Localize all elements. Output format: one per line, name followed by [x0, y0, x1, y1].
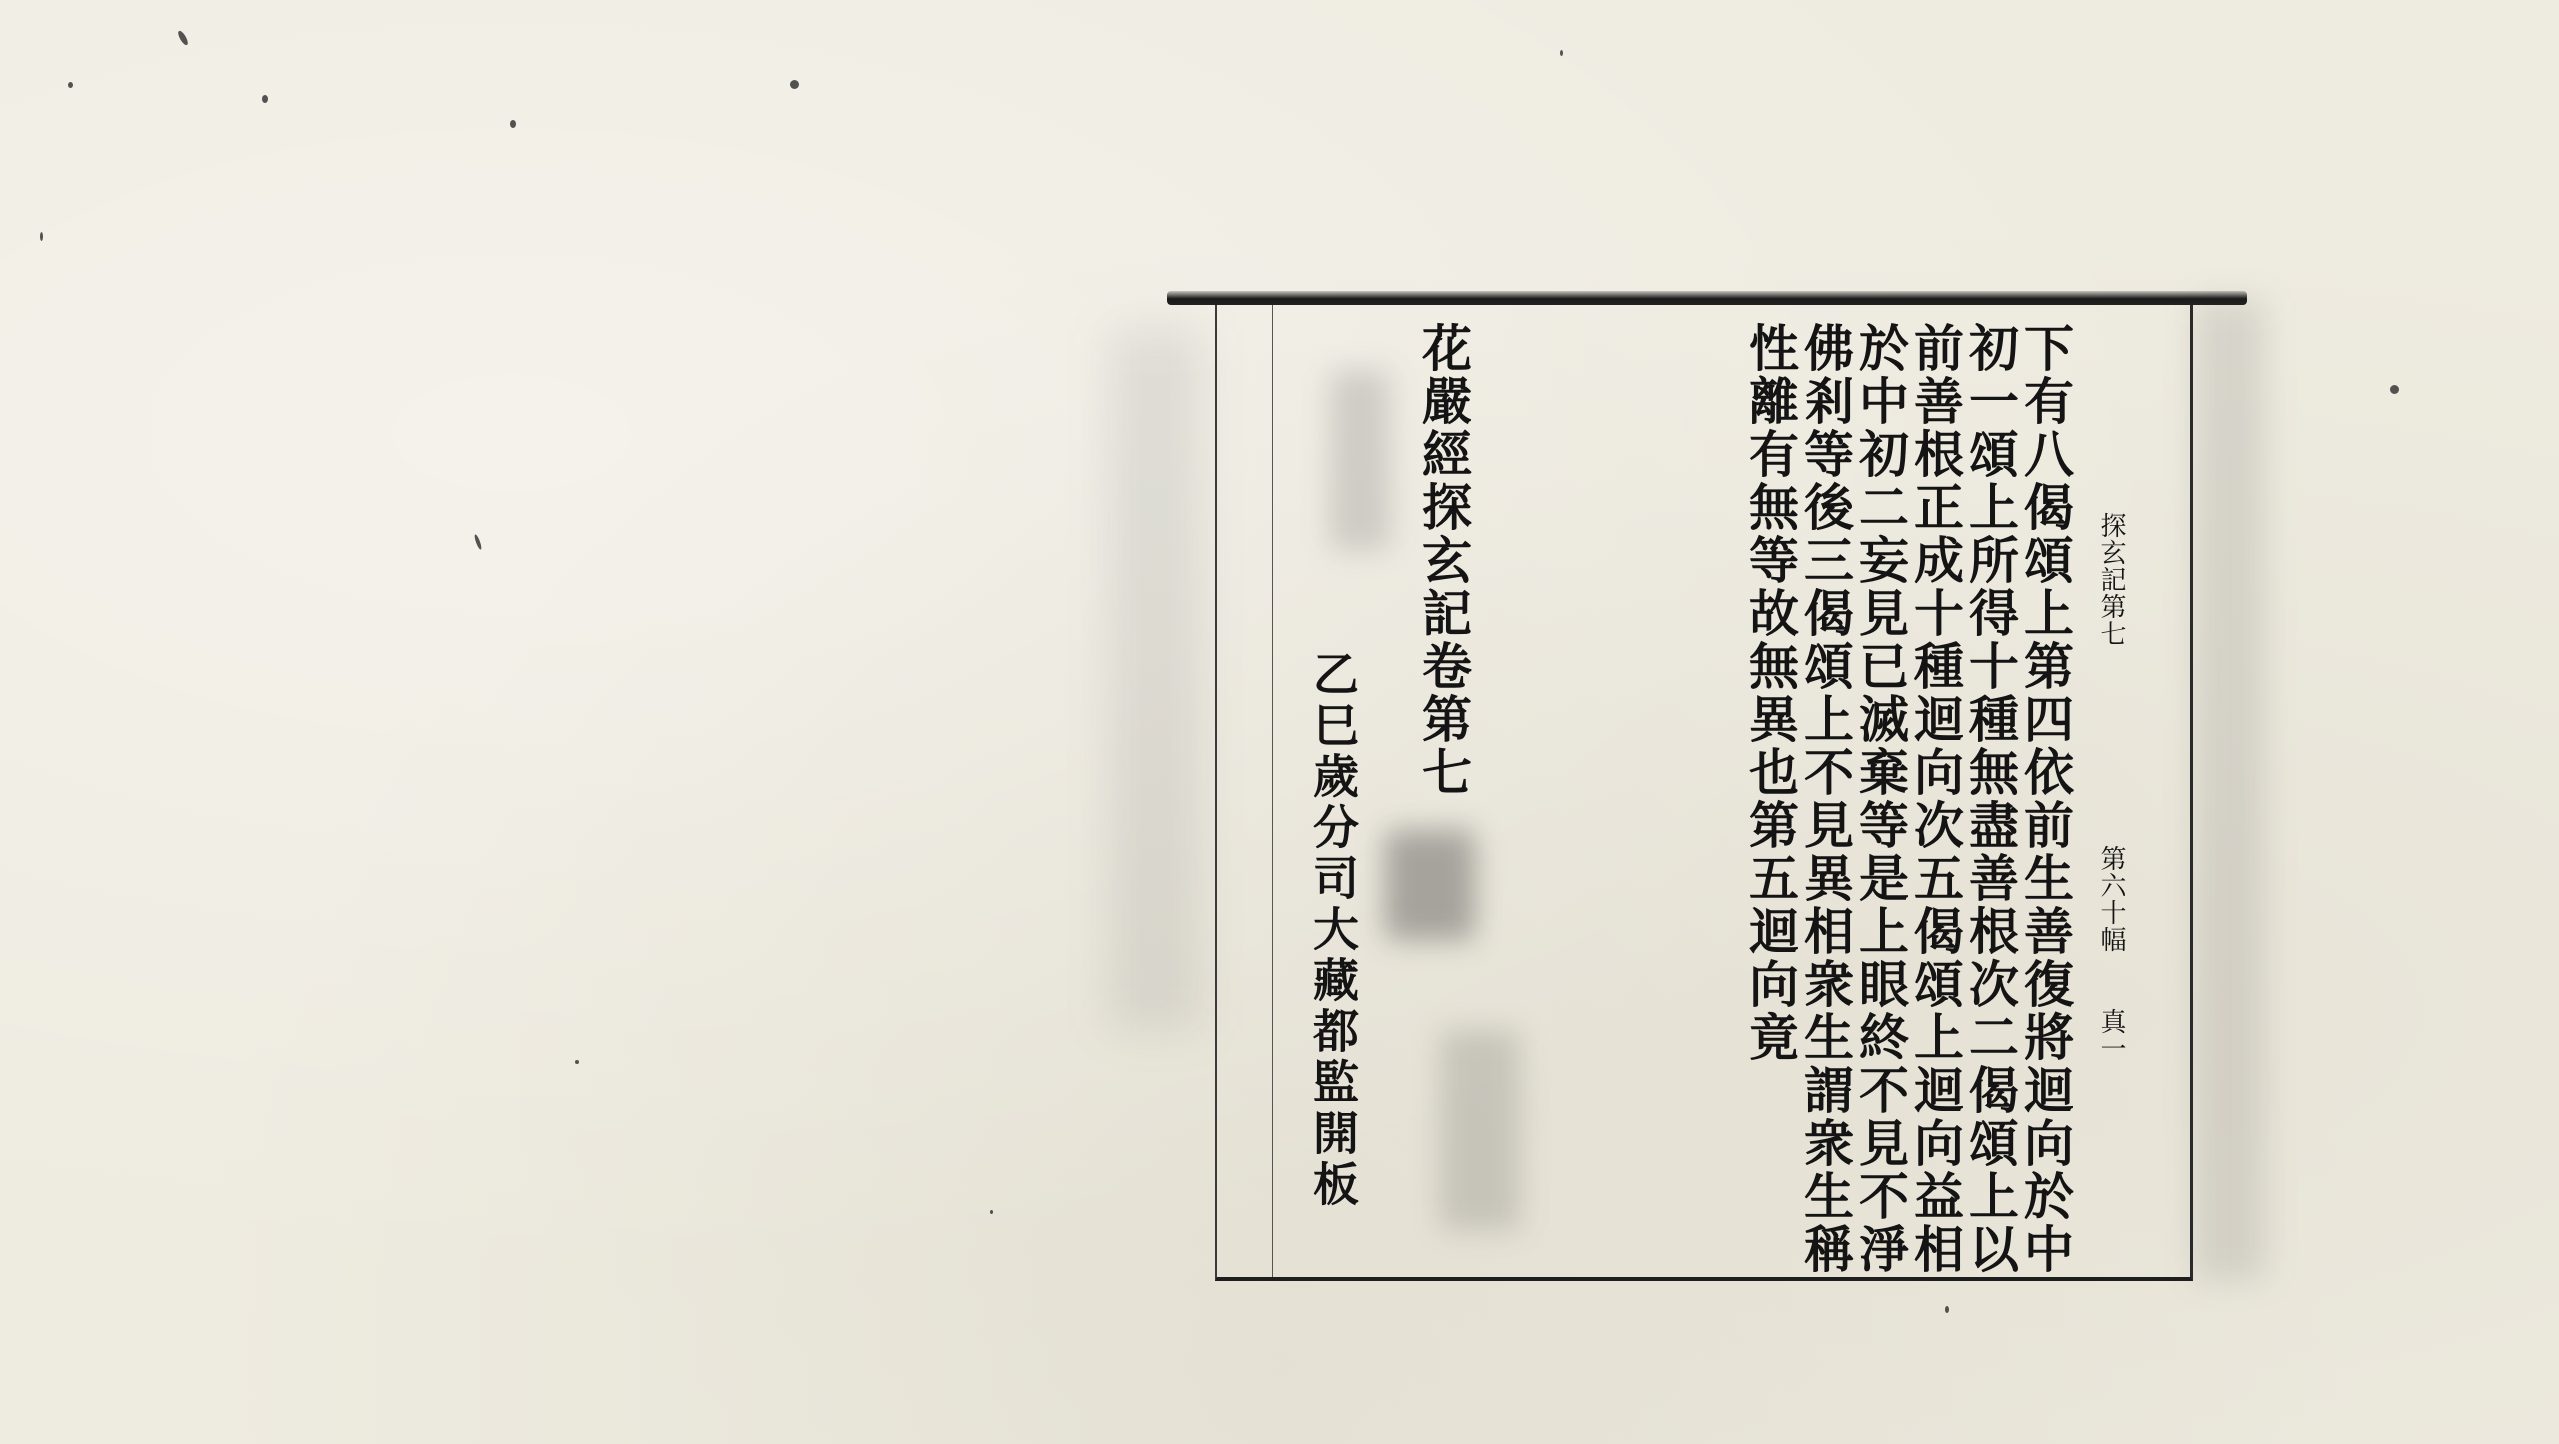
- margin-note-sheet: 第六十幅: [2098, 845, 2124, 953]
- paper-speck: [2390, 385, 2399, 394]
- paper-speck: [176, 30, 189, 47]
- paper-speck: [40, 232, 43, 241]
- paper-speck: [262, 95, 268, 103]
- ink-smudge: [1440, 1030, 1520, 1230]
- inner-margin-rule: [1272, 305, 1273, 1277]
- paper-speck: [575, 1060, 579, 1064]
- scanned-page: 下有八偈頌上第四依前生善復將迴向於中 初一頌上所得十種無盡善根次二偈頌上以 前善…: [0, 0, 2559, 1444]
- margin-note-carver: 真一: [2098, 1008, 2124, 1062]
- ink-bleed-right: [2195, 300, 2265, 1280]
- margin-note-volume: 探玄記第七: [2098, 512, 2124, 647]
- volume-title: 花嚴經探玄記卷第七: [1418, 322, 1468, 799]
- text-column-5: 佛剎等後三偈頌上不見異相衆生謂衆生稱: [1800, 322, 1850, 1276]
- paper-speck: [1560, 50, 1563, 56]
- ink-smudge: [1330, 370, 1390, 550]
- text-column-1: 下有八偈頌上第四依前生善復將迴向於中: [2020, 322, 2070, 1276]
- ink-smudge: [1385, 830, 1475, 940]
- paper-speck: [990, 1210, 993, 1214]
- text-column-3: 前善根正成十種迴向次五偈頌上迴向益相: [1910, 322, 1960, 1276]
- text-column-6: 性離有無等故無異也第五迴向竟: [1745, 322, 1795, 1064]
- paper-speck: [510, 120, 516, 128]
- ink-bleed-left: [1110, 330, 1200, 1030]
- paper-speck: [1945, 1306, 1949, 1313]
- top-border-rule: [1167, 291, 2247, 305]
- text-column-2: 初一頌上所得十種無盡善根次二偈頌上以: [1965, 322, 2015, 1276]
- paper-speck: [790, 80, 799, 89]
- colophon: 乙巳歲分司大藏都監開板: [1310, 650, 1356, 1211]
- paper-speck: [473, 534, 482, 550]
- text-column-4: 於中初二妄見已滅棄等是上眼終不見不淨: [1855, 322, 1905, 1276]
- paper-speck: [68, 82, 73, 88]
